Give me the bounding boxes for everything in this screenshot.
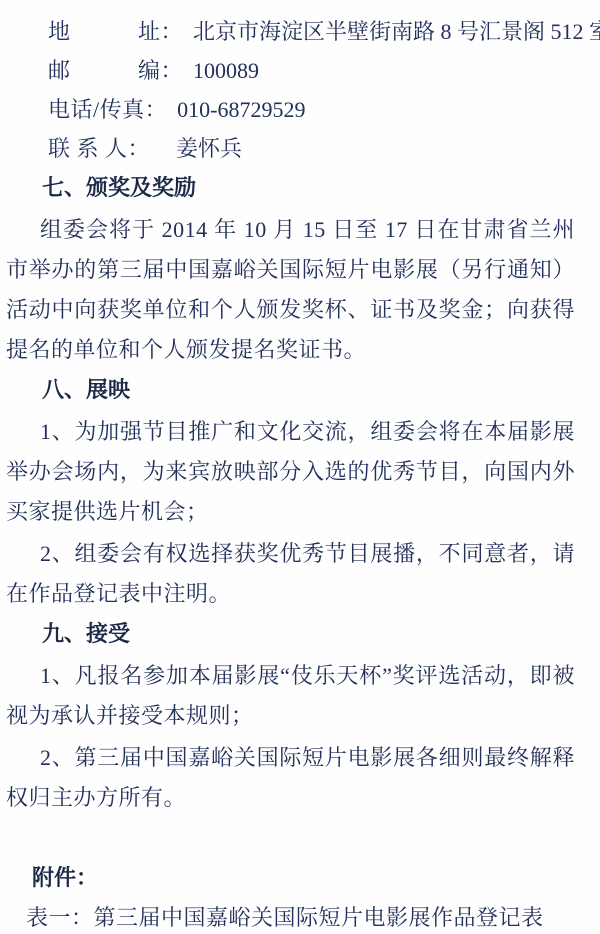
postcode-value: 100089 [193, 58, 259, 83]
address-label: 地 址： [48, 19, 183, 44]
section-awards: 七、颁奖及奖励 组委会将于 2014 年 10 月 15 日至 17 日在甘肃省… [6, 168, 575, 370]
address-value: 北京市海淀区半壁街南路 8 号汇景阁 512 室 [193, 19, 600, 44]
contact-info-block: 地 址：北京市海淀区半壁街南路 8 号汇景阁 512 室 邮 编：100089 … [6, 12, 575, 168]
section-heading-screening: 八、展映 [6, 370, 575, 410]
paragraph-awards-1: 组委会将于 2014 年 10 月 15 日至 17 日在甘肃省兰州市举办的第三… [6, 210, 575, 370]
contact-person-label: 联 系 人： [48, 136, 150, 161]
contact-person-value: 姜怀兵 [176, 136, 242, 161]
contact-line-address: 地 址：北京市海淀区半壁街南路 8 号汇景阁 512 室 [48, 12, 575, 51]
paragraph-acceptance-1: 1、凡报名参加本届影展“伎乐天杯”奖评选活动，即被视为承认并接受本规则； [6, 656, 575, 736]
attachment-label: 附件： [6, 858, 575, 898]
paragraph-screening-1: 1、为加强节目推广和文化交流，组委会将在本届影展举办会场内，为来宾放映部分入选的… [6, 412, 575, 532]
paragraph-acceptance-2: 2、第三届中国嘉峪关国际短片电影展各细则最终解释权归主办方所有。 [6, 738, 575, 818]
postcode-label: 邮 编： [48, 58, 183, 83]
section-heading-acceptance: 九、接受 [6, 614, 575, 654]
paragraph-screening-2: 2、组委会有权选择获奖优秀节目展播，不同意者，请在作品登记表中注明。 [6, 534, 575, 614]
document-page: 地 址：北京市海淀区半壁街南路 8 号汇景阁 512 室 邮 编：100089 … [0, 0, 600, 934]
phone-fax-value: 010-68729529 [177, 97, 305, 122]
section-acceptance: 九、接受 1、凡报名参加本届影展“伎乐天杯”奖评选活动，即被视为承认并接受本规则… [6, 614, 575, 818]
attachment-block: 附件： 表一：第三届中国嘉峪关国际短片电影展作品登记表 [6, 858, 575, 934]
contact-line-phone-fax: 电话/传真：010-68729529 [48, 90, 575, 129]
contact-line-postcode: 邮 编：100089 [48, 51, 575, 90]
contact-line-person: 联 系 人：姜怀兵 [48, 129, 575, 168]
section-screening: 八、展映 1、为加强节目推广和文化交流，组委会将在本届影展举办会场内，为来宾放映… [6, 370, 575, 614]
attachment-item: 表一：第三届中国嘉峪关国际短片电影展作品登记表 [6, 898, 575, 934]
section-heading-awards: 七、颁奖及奖励 [6, 168, 575, 208]
phone-fax-label: 电话/传真： [48, 97, 167, 122]
